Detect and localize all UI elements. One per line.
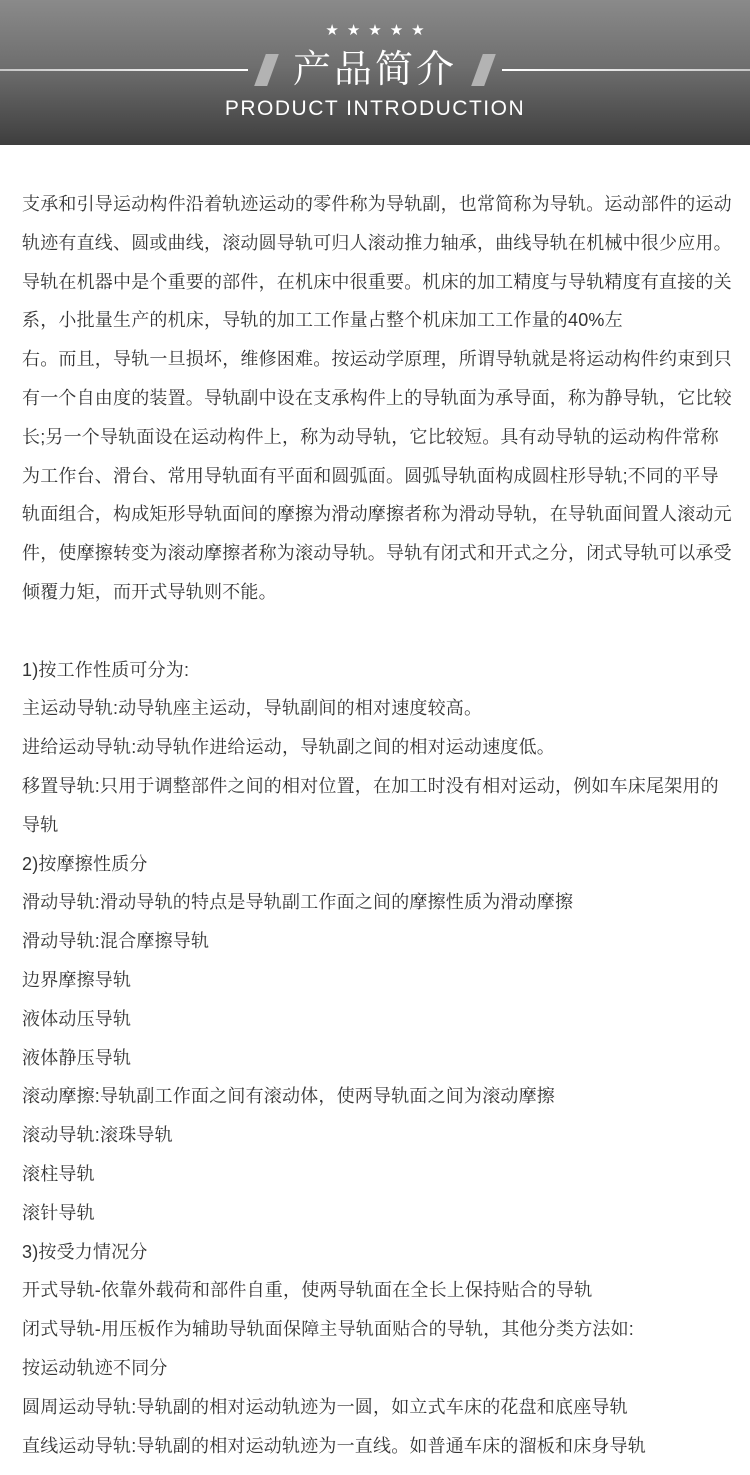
product-description-text: 支承和引导运动构件沿着轨迹运动的零件称为导轨副，也常简称为导轨。运动部件的运动轨… [0,145,750,1465]
divider-line-right [502,69,750,71]
page-title: 产品简介 [293,48,457,92]
product-intro-banner: ★★★★★ 产品简介 PRODUCT INTRODUCTION [0,0,750,145]
text-line: 2)按摩擦性质分 [22,845,728,884]
text-line: 圆周运动导轨:导轨副的相对运动轨迹为一圆，如立式车床的花盘和底座导轨 [22,1388,728,1427]
text-line: 滚针导轨 [22,1194,728,1233]
text-line: 进给运动导轨:动导轨作进给运动，导轨副之间的相对运动速度低。 [22,728,728,767]
star-rating-icons: ★★★★★ [317,21,432,41]
text-line: 右。而且，导轨一旦损坏，维修困难。按运动学原理，所谓导轨就是将运动构件约束到只 [22,340,728,379]
text-line: 件，使摩擦转变为滚动摩擦者称为滚动导轨。导轨有闭式和开式之分，闭式导轨可以承受 [22,534,728,573]
text-line: 1)按工作性质可分为: [22,651,728,690]
text-line: 开式导轨-依靠外载荷和部件自重，使两导轨面在全长上保持贴合的导轨 [22,1271,728,1310]
text-line: 轨迹有直线、圆或曲线，滚动圆导轨可归人滚动推力轴承，曲线导轨在机械中很少应用。 [22,224,728,263]
text-line: 导轨在机器中是个重要的部件，在机床中很重要。机床的加工精度与导轨精度有直接的关 [22,263,728,302]
text-line: 为工作台、滑台、常用导轨面有平面和圆弧面。圆弧导轨面构成圆柱形导轨;不同的平导 [22,457,728,496]
text-line: 主运动导轨:动导轨座主运动，导轨副间的相对速度较高。 [22,689,728,728]
text-line: 按运动轨迹不同分 [22,1349,728,1388]
text-line: 滑动导轨:混合摩擦导轨 [22,922,728,961]
divider-line-left [0,69,248,71]
text-line: 直线运动导轨:导轨副的相对运动轨迹为一直线。如普通车床的溜板和床身导轨 [22,1427,728,1466]
slash-icon-right [471,54,496,86]
text-line: 系，小批量生产的机床，导轨的加工工作量占整个机床加工工作量的40%左 [22,301,728,340]
text-line: 闭式导轨-用压板作为辅助导轨面保障主导轨面贴合的导轨，其他分类方法如: [22,1310,728,1349]
text-line: 长;另一个导轨面设在运动构件上，称为动导轨，它比较短。具有动导轨的运动构件常称 [22,418,728,457]
text-line: 轨面组合，构成矩形导轨面间的摩擦为滑动摩擦者称为滑动导轨，在导轨面间置人滚动元 [22,495,728,534]
text-line: 滚柱导轨 [22,1155,728,1194]
text-line: 倾覆力矩，而开式导轨则不能。 [22,573,728,612]
text-line: 3)按受力情况分 [22,1233,728,1272]
text-line: 有一个自由度的装置。导轨副中设在支承构件上的导轨面为承导面，称为静导轨，它比较 [22,379,728,418]
text-line: 边界摩擦导轨 [22,961,728,1000]
text-line: 液体静压导轨 [22,1039,728,1078]
text-line [22,612,728,651]
text-line: 滚动导轨:滚珠导轨 [22,1116,728,1155]
text-line: 液体动压导轨 [22,1000,728,1039]
text-line: 支承和引导运动构件沿着轨迹运动的零件称为导轨副，也常简称为导轨。运动部件的运动 [22,185,728,224]
text-line: 滚动摩擦:导轨副工作面之间有滚动体，使两导轨面之间为滚动摩擦 [22,1077,728,1116]
banner-title-row: 产品简介 [0,48,750,92]
slash-icon-left [254,54,279,86]
text-line: 导轨 [22,806,728,845]
text-line: 移置导轨:只用于调整部件之间的相对位置，在加工时没有相对运动，例如车床尾架用的 [22,767,728,806]
text-line: 滑动导轨:滑动导轨的特点是导轨副工作面之间的摩擦性质为滑动摩擦 [22,883,728,922]
page-subtitle: PRODUCT INTRODUCTION [225,97,525,121]
